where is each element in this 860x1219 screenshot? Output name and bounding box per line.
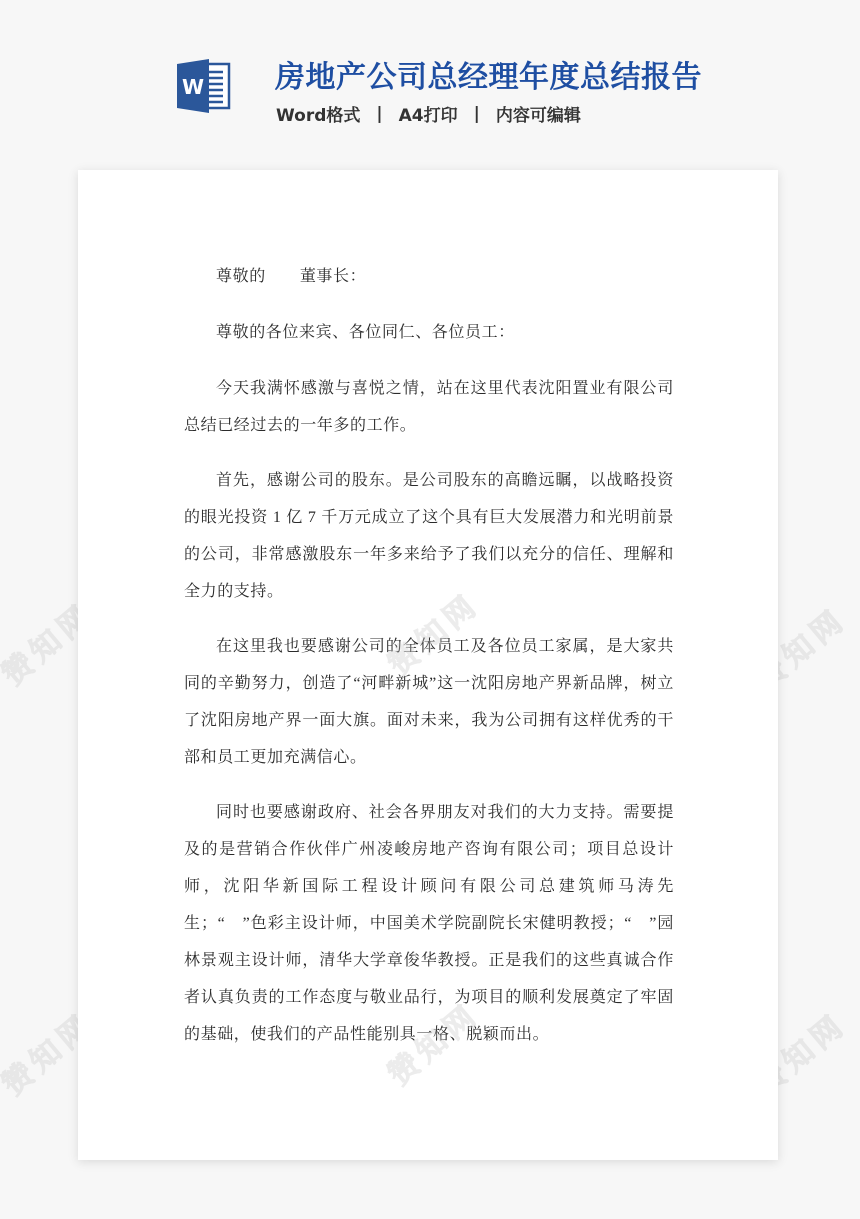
document-page: 尊敬的董事长： 尊敬的各位来宾、各位同仁、各位员工： 今天我满怀感激与喜悦之情，… (78, 170, 778, 1160)
tag-word-format: Word格式 (276, 101, 360, 126)
document-body: 尊敬的董事长： 尊敬的各位来宾、各位同仁、各位员工： 今天我满怀感激与喜悦之情，… (184, 258, 674, 1071)
format-tags: Word格式 | A4打印 | 内容可编辑 (276, 101, 581, 126)
word-document-icon: W (175, 58, 231, 114)
paragraph: 在这里我也要感谢公司的全体员工及各位员工家属，是大家共同的辛勤努力，创造了“河畔… (184, 628, 674, 776)
document-title: 房地产公司总经理年度总结报告 (275, 52, 702, 96)
paragraph: 首先，感谢公司的股东。是公司股东的高瞻远瞩，以战略投资的眼光投资 1 亿 7 千… (184, 462, 674, 610)
svg-text:W: W (182, 75, 204, 99)
paragraph: 同时也要感谢政府、社会各界朋友对我们的大力支持。需要提及的是营销合作伙伴广州凌峻… (184, 794, 674, 1053)
tag-separator: | (474, 104, 480, 124)
tag-a4-print: A4打印 (399, 101, 458, 126)
preview-canvas: W 房地产公司总经理年度总结报告 Word格式 | A4打印 | 内容可编辑 赞… (0, 0, 860, 1219)
salutation-chairman: 尊敬的董事长： (184, 258, 674, 295)
paragraph: 今天我满怀感激与喜悦之情，站在这里代表沈阳置业有限公司总结已经过去的一年多的工作… (184, 370, 674, 444)
tag-editable: 内容可编辑 (496, 101, 581, 126)
salutation-guests: 尊敬的各位来宾、各位同仁、各位员工： (184, 314, 674, 351)
document-header: W 房地产公司总经理年度总结报告 Word格式 | A4打印 | 内容可编辑 (0, 0, 860, 160)
tag-separator: | (376, 104, 382, 124)
